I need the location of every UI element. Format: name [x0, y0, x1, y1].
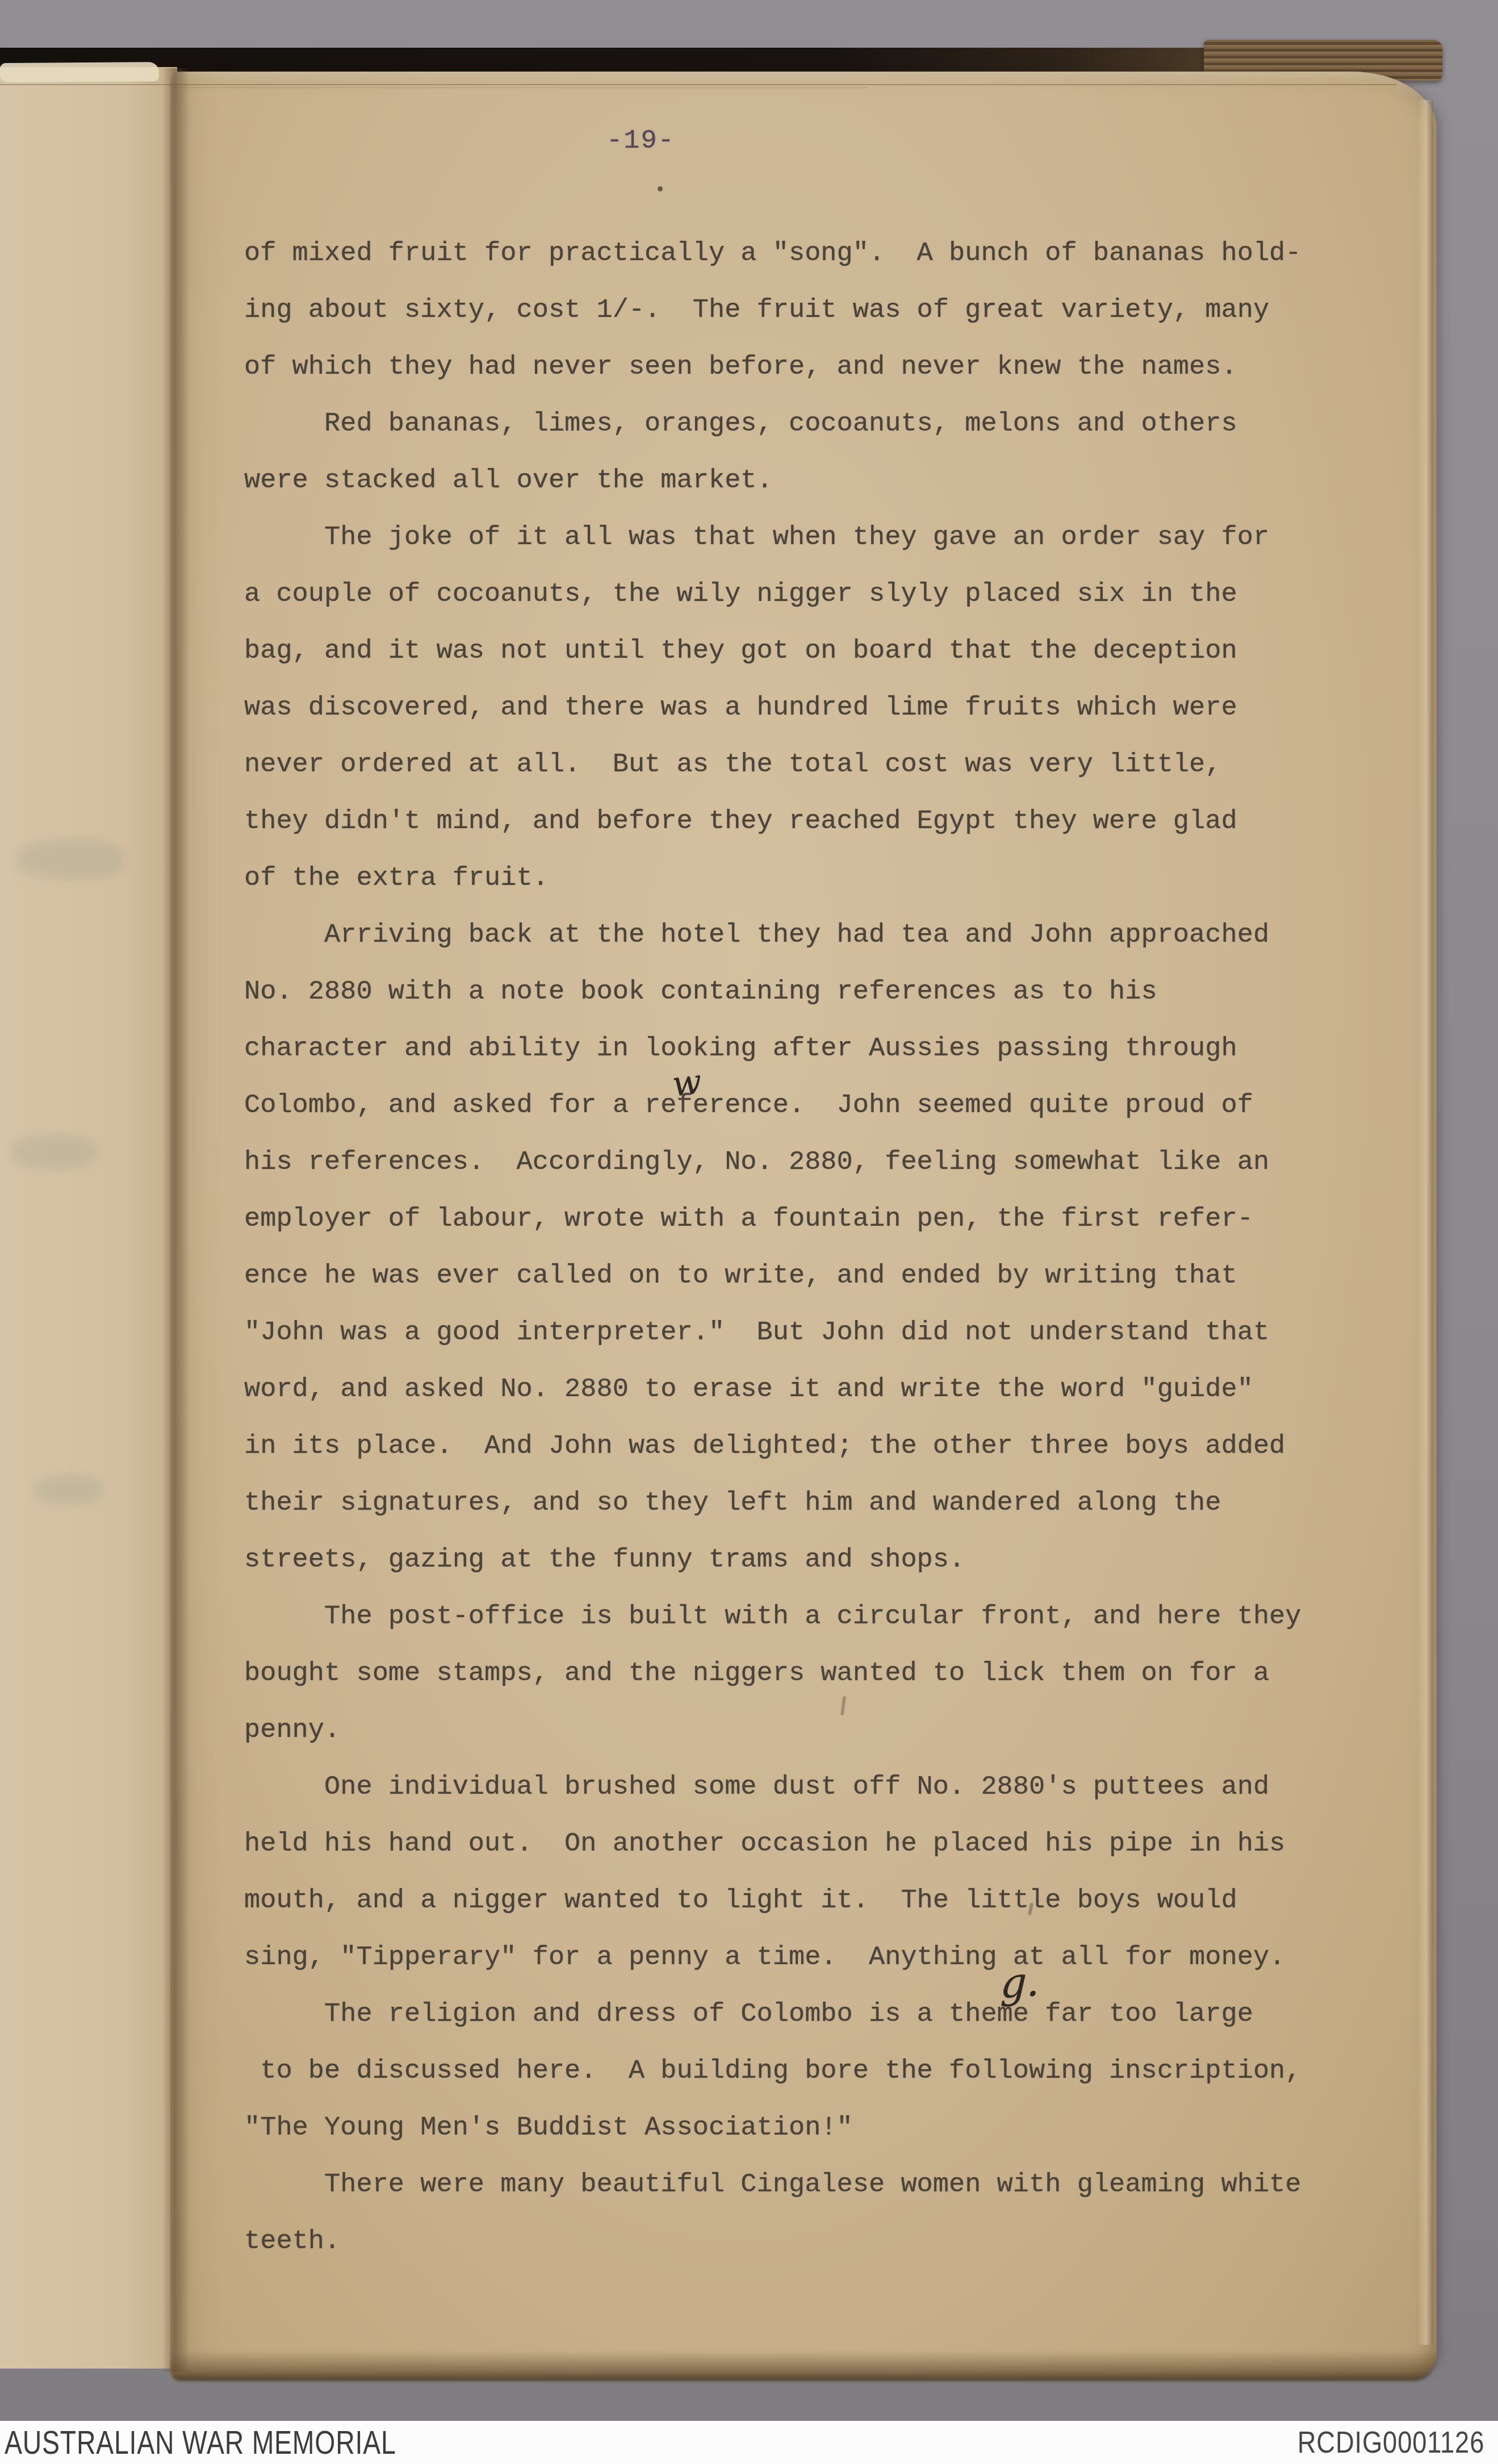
typed-line: ence he was ever called on to write, and… — [244, 1248, 1380, 1305]
page: -19- of mixed fruit for practically a "s… — [170, 72, 1437, 2379]
page-crease — [0, 84, 177, 85]
ink-bleed-smudge — [34, 1476, 102, 1504]
scan-background: -19- of mixed fruit for practically a "s… — [0, 0, 1498, 2464]
typed-line: penny. — [244, 1702, 1380, 1759]
record-id-label: RCDIG0001126 — [1298, 2425, 1484, 2460]
typed-line: their signatures, and so they left him a… — [244, 1475, 1380, 1532]
typed-line: of mixed fruit for practically a "song".… — [244, 225, 1380, 282]
handwritten-correction-g: g. — [1000, 1957, 1041, 2007]
typed-line: his references. Accordingly, No. 2880, f… — [244, 1134, 1380, 1191]
gutter-shadow — [162, 68, 190, 2372]
typed-line: The religion and dress of Colombo is a t… — [244, 1986, 1380, 2043]
ink-bleed-smudge — [17, 840, 125, 879]
typed-line: were stacked all over the market. — [244, 453, 1380, 509]
typed-line: they didn't mind, and before they reache… — [244, 794, 1380, 850]
ink-bleed-smudge — [11, 1135, 97, 1169]
typed-line: teeth. — [244, 2214, 1380, 2270]
page-crease — [170, 84, 1397, 85]
facing-page — [0, 67, 177, 2369]
typed-line: There were many beautiful Cingalese wome… — [244, 2157, 1380, 2214]
typed-line: in its place. And John was delighted; th… — [244, 1418, 1380, 1475]
typed-text: of mixed fruit for practically a "song".… — [244, 225, 1380, 2270]
footer-bar: AUSTRALIAN WAR MEMORIAL RCDIG0001126 — [0, 2421, 1498, 2464]
typed-line: never ordered at all. But as the total c… — [244, 737, 1380, 794]
typed-line: Red bananas, limes, oranges, cocoanuts, … — [244, 396, 1380, 453]
typed-line: Colombo, and asked for a reference. John… — [244, 1078, 1380, 1134]
ink-speck — [658, 186, 663, 191]
typed-line: held his hand out. On another occasion h… — [244, 1816, 1380, 1873]
typed-line: bought some stamps, and the niggers want… — [244, 1646, 1380, 1702]
typed-line: to be discussed here. A building bore th… — [244, 2043, 1380, 2100]
handwritten-correction-w: w — [670, 1062, 703, 1105]
page-number: -19- — [606, 126, 675, 156]
typed-line: mouth, and a nigger wanted to light it. … — [244, 1873, 1380, 1930]
typed-line: One individual brushed some dust off No.… — [244, 1759, 1380, 1816]
typed-line: of which they had never seen before, and… — [244, 339, 1380, 396]
typed-line: bag, and it was not until they got on bo… — [244, 623, 1380, 680]
typed-line: of the extra fruit. — [244, 850, 1380, 907]
typed-line: sing, "Tipperary" for a penny a time. An… — [244, 1930, 1380, 1986]
typed-line: The post-office is built with a circular… — [244, 1589, 1380, 1646]
typed-line: character and ability in looking after A… — [244, 1021, 1380, 1078]
typed-line: The joke of it all was that when they ga… — [244, 509, 1380, 566]
typed-line: streets, gazing at the funny trams and s… — [244, 1532, 1380, 1589]
torn-paper-edge — [0, 62, 159, 82]
archive-name-label: AUSTRALIAN WAR MEMORIAL — [5, 2424, 396, 2462]
typed-line: Arriving back at the hotel they had tea … — [244, 907, 1380, 964]
typed-line: ing about sixty, cost 1/-. The fruit was… — [244, 282, 1380, 339]
typed-line: a couple of cocoanuts, the wily nigger s… — [244, 566, 1380, 623]
typed-line: No. 2880 with a note book containing ref… — [244, 964, 1380, 1021]
typed-line: was discovered, and there was a hundred … — [244, 680, 1380, 737]
page-right-edge — [1417, 100, 1433, 2345]
typed-line: "The Young Men's Buddist Association!" — [244, 2100, 1380, 2157]
typed-line: word, and asked No. 2880 to erase it and… — [244, 1362, 1380, 1418]
page-bottom-torn-edge — [170, 2352, 1437, 2381]
typed-line: employer of labour, wrote with a fountai… — [244, 1191, 1380, 1248]
page-crease — [170, 87, 867, 88]
typed-line: "John was a good interpreter." But John … — [244, 1305, 1380, 1362]
